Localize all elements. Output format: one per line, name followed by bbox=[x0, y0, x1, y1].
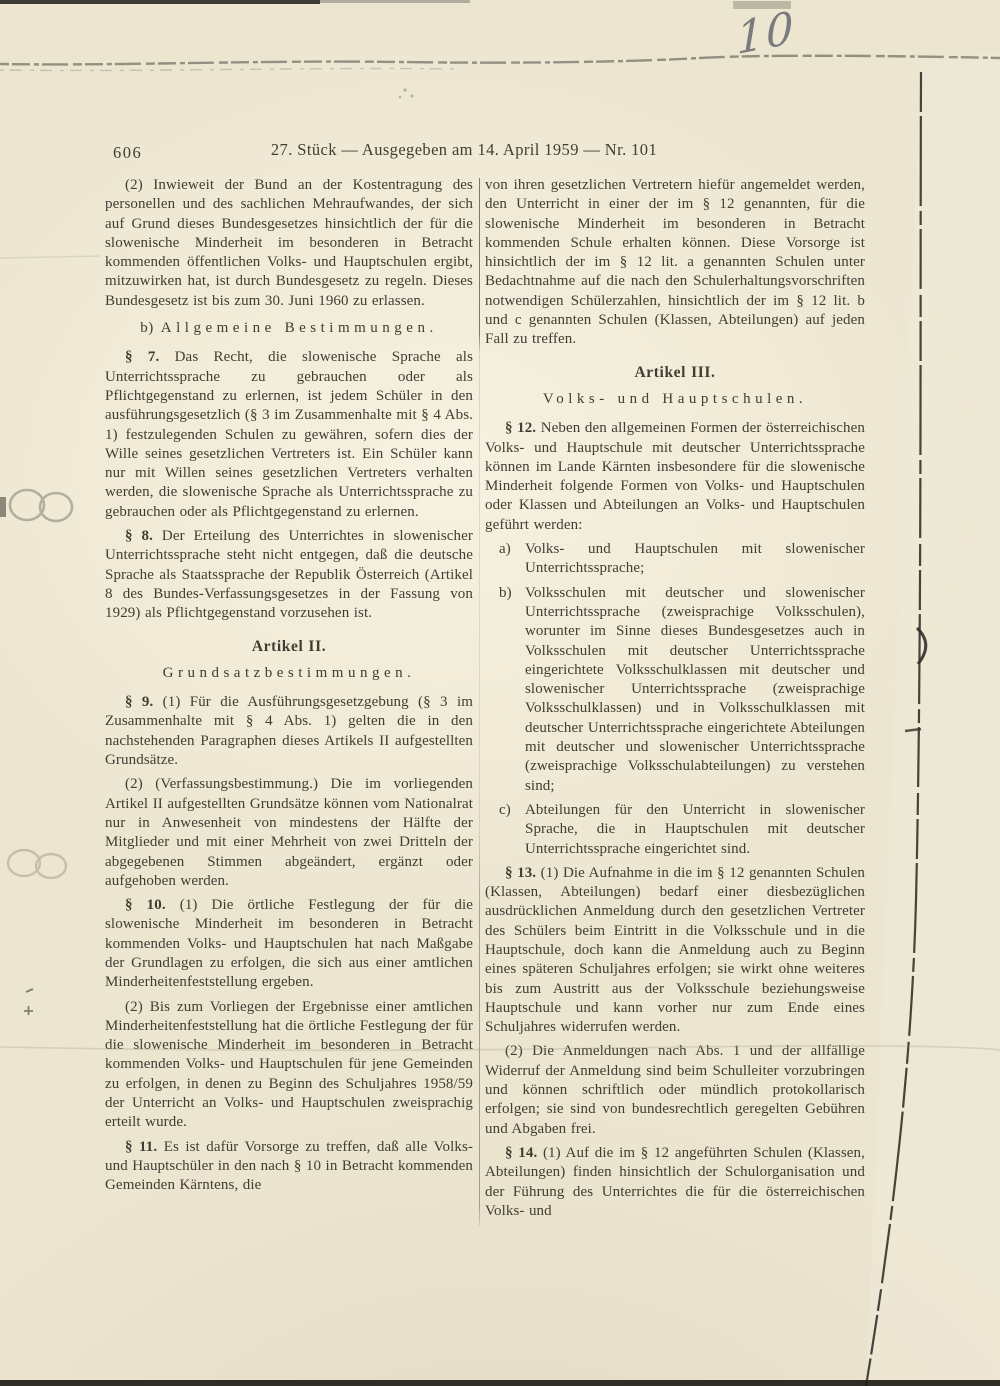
paragraph-text: (2) Die Anmeldungen nach Abs. 1 und der … bbox=[485, 1043, 865, 1136]
paragraph: von ihren gesetzlichen Vertretern hiefür… bbox=[485, 176, 865, 350]
fold-line-tick bbox=[905, 729, 921, 731]
paragraph: § 9. (1) Für die Ausführungsgesetzgebung… bbox=[105, 693, 473, 770]
paragraph-text: Neben den allgemeinen Formen der österre… bbox=[485, 420, 865, 532]
list-item: a)Volks- und Hauptschulen mit slowenisch… bbox=[485, 540, 865, 579]
section-mark: § 11. bbox=[125, 1139, 157, 1155]
paragraph-text: (1) Auf die im § 12 angeführten Schulen … bbox=[485, 1145, 865, 1219]
list-item-label: b) bbox=[499, 584, 525, 796]
paragraph: § 11. Es ist dafür Vorsorge zu treffen, … bbox=[105, 1138, 473, 1196]
article-heading: Artikel III. bbox=[485, 363, 865, 382]
list-item-text: Abteilungen für den Unterricht in slowen… bbox=[525, 801, 865, 859]
paragraph-text: (2) Inwieweit der Bund an der Kostentrag… bbox=[105, 177, 473, 309]
spaced-heading: Grundsatzbestimmungen. bbox=[107, 664, 471, 683]
paragraph-text: Der Erteilung des Unterrichtes in slowen… bbox=[105, 528, 473, 621]
column-divider bbox=[479, 178, 480, 1226]
scratch-line bbox=[0, 56, 1000, 65]
section-mark: § 12. bbox=[505, 420, 536, 436]
paragraph: § 12. Neben den allgemeinen Formen der ö… bbox=[485, 419, 865, 535]
paragraph-text: (2) Bis zum Vorliegen der Ergebnisse ein… bbox=[105, 999, 473, 1131]
paragraph: (2) Bis zum Vorliegen der Ergebnisse ein… bbox=[105, 998, 473, 1133]
paragraph: (2) Die Anmeldungen nach Abs. 1 und der … bbox=[485, 1042, 865, 1138]
heading-text: Grundsatzbestimmungen. bbox=[163, 665, 416, 681]
paragraph: § 14. (1) Auf die im § 12 angeführten Sc… bbox=[485, 1144, 865, 1221]
section-mark: § 13. bbox=[505, 865, 536, 881]
paragraph: § 10. (1) Die örtliche Festlegung der fü… bbox=[105, 896, 473, 992]
text-columns: (2) Inwieweit der Bund an der Kostentrag… bbox=[105, 176, 865, 1226]
paragraph-text: von ihren gesetzlichen Vertretern hiefür… bbox=[485, 177, 865, 347]
heading-prefix: b) bbox=[140, 320, 154, 336]
header-title: 27. Stück — Ausgegeben am 14. April 1959… bbox=[85, 140, 843, 160]
bottom-edge-line bbox=[0, 1380, 1000, 1386]
section-mark: § 8. bbox=[125, 528, 153, 544]
scanned-gazette-page: 10 606 27. Stück — Ausgegeben am 14. Apr… bbox=[0, 0, 1000, 1386]
paragraph: § 13. (1) Die Aufnahme in die im § 12 ge… bbox=[485, 864, 865, 1038]
heading-text: Volks- und Hauptschulen. bbox=[543, 391, 807, 407]
facing-page-sliver bbox=[866, 52, 1000, 1386]
list-item-text: Volks- und Hauptschulen mit slowenischer… bbox=[525, 540, 865, 579]
left-edge-nub bbox=[0, 497, 6, 517]
pencil-marks bbox=[24, 989, 33, 1015]
heading-text: Allgemeine Bestimmungen. bbox=[161, 320, 438, 336]
paragraph: § 7. Das Recht, die slowenische Sprache … bbox=[105, 348, 473, 522]
paragraph: (2) (Verfassungsbestimmung.) Die im vorl… bbox=[105, 775, 473, 891]
paragraph-text: (2) (Verfassungsbestimmung.) Die im vorl… bbox=[105, 776, 473, 888]
list-item: c)Abteilungen für den Unterricht in slow… bbox=[485, 801, 865, 859]
fold-line bbox=[866, 72, 921, 1386]
article-heading: Artikel II. bbox=[105, 637, 473, 656]
list-item-text: Volksschulen mit deutscher und slowenisc… bbox=[525, 584, 865, 796]
fold-line-bump bbox=[917, 628, 926, 664]
scratch-line-2 bbox=[0, 69, 460, 71]
column-right: von ihren gesetzlichen Vertretern hiefür… bbox=[485, 176, 865, 1226]
paragraph-text: Es ist dafür Vorsorge zu treffen, daß al… bbox=[105, 1139, 473, 1194]
paragraph-text: Das Recht, die slowenische Sprache als U… bbox=[105, 349, 473, 519]
section-mark: § 9. bbox=[125, 694, 153, 710]
list-item-label: a) bbox=[499, 540, 525, 579]
paragraph: § 8. Der Erteilung des Unterrichtes in s… bbox=[105, 527, 473, 623]
spaced-heading: Volks- und Hauptschulen. bbox=[487, 390, 863, 409]
handwritten-page-mark: 10 bbox=[736, 2, 796, 65]
spaced-heading: b)Allgemeine Bestimmungen. bbox=[107, 319, 471, 338]
section-mark: § 14. bbox=[505, 1145, 537, 1161]
crease-line-short bbox=[0, 256, 100, 258]
page-header: 606 27. Stück — Ausgegeben am 14. April … bbox=[105, 140, 863, 164]
column-left: (2) Inwieweit der Bund an der Kostentrag… bbox=[105, 176, 473, 1226]
punch-marks-lower bbox=[8, 850, 66, 878]
list-item: b)Volksschulen mit deutscher und sloweni… bbox=[485, 584, 865, 796]
top-edge-line bbox=[0, 0, 320, 4]
paragraph-text: (1) Die Aufnahme in die im § 12 genannte… bbox=[485, 865, 865, 1035]
paragraph-text: (1) Für die Ausführungsgesetzgebung (§ 3… bbox=[105, 694, 473, 768]
section-mark: § 7. bbox=[125, 349, 159, 365]
section-mark: § 10. bbox=[125, 897, 166, 913]
top-edge-line-faint bbox=[320, 0, 470, 3]
punch-marks-upper bbox=[10, 490, 72, 521]
list-item-label: c) bbox=[499, 801, 525, 859]
pencil-dots bbox=[399, 88, 414, 98]
paragraph: (2) Inwieweit der Bund an der Kostentrag… bbox=[105, 176, 473, 311]
